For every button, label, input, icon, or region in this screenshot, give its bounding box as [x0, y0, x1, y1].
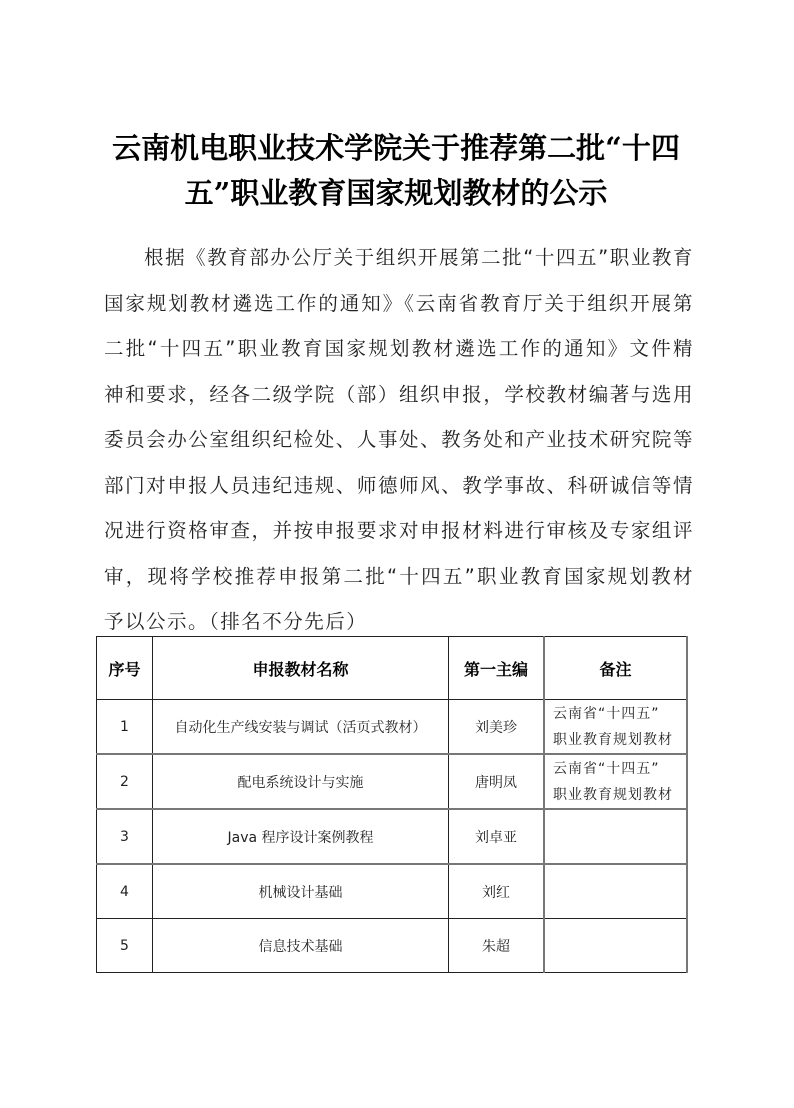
cell-textbook-name: 信息技术基础 — [153, 919, 449, 973]
cell-remarks: 云南省“十四五”职业教育规划教材 — [544, 700, 687, 755]
cell-no: 3 — [97, 809, 153, 864]
cell-editor: 朱超 — [449, 919, 545, 973]
cell-textbook-name: 机械设计基础 — [153, 864, 449, 919]
cell-no: 1 — [97, 700, 153, 755]
remark-line-1: 云南省“十四五” — [553, 756, 686, 782]
remark-line-2: 职业教育规划教材 — [553, 782, 686, 808]
cell-editor: 刘美珍 — [449, 700, 545, 755]
cell-no: 5 — [97, 919, 153, 973]
table-row: 5 信息技术基础 朱超 — [97, 919, 688, 973]
header-remarks: 备注 — [544, 637, 687, 700]
table-row: 1 自动化生产线安装与调试（活页式教材） 刘美珍 云南省“十四五”职业教育规划教… — [97, 700, 688, 755]
title-line-2: 五”职业教育国家规划教材的公示 — [96, 171, 696, 216]
document-title: 云南机电职业技术学院关于推荐第二批“十四 五”职业教育国家规划教材的公示 — [96, 126, 696, 216]
table-row: 2 配电系统设计与实施 唐明凤 云南省“十四五”职业教育规划教材 — [97, 754, 688, 809]
announcement-body: 根据《教育部办公厅关于组织开展第二批“十四五”职业教育国家规划教材遴选工作的通知… — [104, 235, 694, 645]
cell-remarks — [544, 919, 687, 973]
header-first-editor: 第一主编 — [449, 637, 545, 700]
title-line-1: 云南机电职业技术学院关于推荐第二批“十四 — [96, 126, 696, 171]
cell-editor: 刘红 — [449, 864, 545, 919]
cell-remarks — [544, 864, 687, 919]
cell-no: 2 — [97, 754, 153, 809]
cell-textbook-name: Java 程序设计案例教程 — [153, 809, 449, 864]
remark-line-2: 职业教育规划教材 — [553, 727, 686, 753]
cell-textbook-name: 配电系统设计与实施 — [153, 754, 449, 809]
cell-textbook-name: 自动化生产线安装与调试（活页式教材） — [153, 700, 449, 755]
header-no: 序号 — [97, 637, 153, 700]
table-header-row: 序号 申报教材名称 第一主编 备注 — [97, 637, 688, 700]
cell-remarks: 云南省“十四五”职业教育规划教材 — [544, 754, 687, 809]
cell-editor: 唐明凤 — [449, 754, 545, 809]
textbook-table: 序号 申报教材名称 第一主编 备注 1 自动化生产线安装与调试（活页式教材） 刘… — [96, 636, 688, 973]
header-textbook-name: 申报教材名称 — [153, 637, 449, 700]
cell-remarks — [544, 809, 687, 864]
remark-line-1: 云南省“十四五” — [553, 701, 686, 727]
cell-no: 4 — [97, 864, 153, 919]
table-row: 4 机械设计基础 刘红 — [97, 864, 688, 919]
cell-editor: 刘卓亚 — [449, 809, 545, 864]
table-row: 3 Java 程序设计案例教程 刘卓亚 — [97, 809, 688, 864]
